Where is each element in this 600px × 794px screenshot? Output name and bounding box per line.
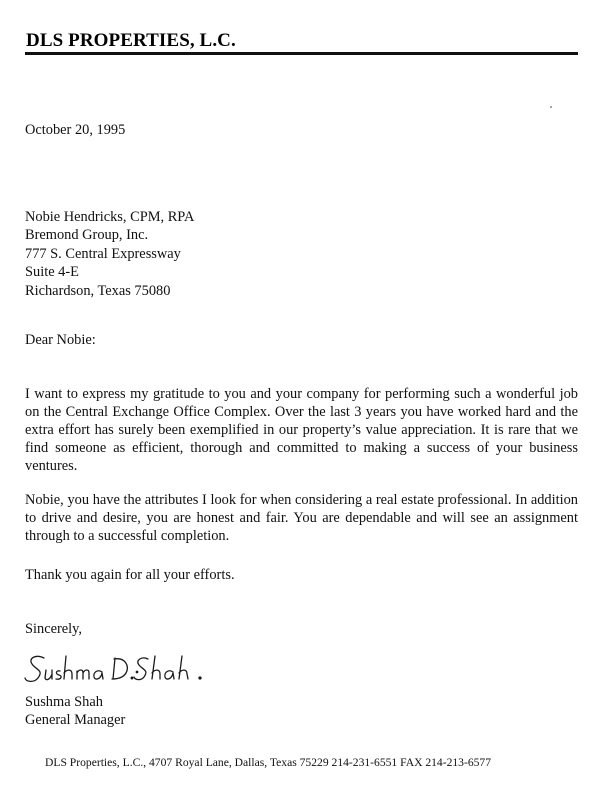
body-paragraph: I want to express my gratitude to you an… — [25, 385, 578, 475]
letterhead-rule — [25, 52, 578, 55]
scan-speck — [550, 106, 552, 108]
signature-scribble-icon — [22, 648, 232, 688]
signer-name: Sushma Shah — [25, 693, 103, 711]
closing: Sincerely, — [25, 620, 82, 638]
letterhead-company-name: DLS PROPERTIES, L.C. — [26, 30, 579, 52]
body-paragraph: Nobie, you have the attributes I look fo… — [25, 491, 578, 545]
recipient-name: Nobie Hendricks, CPM, RPA — [25, 208, 194, 226]
recipient-city-state-zip: Richardson, Texas 75080 — [25, 282, 194, 300]
handwritten-signature — [22, 648, 232, 693]
recipient-street: 777 S. Central Expressway — [25, 245, 194, 263]
recipient-company: Bremond Group, Inc. — [25, 226, 194, 244]
body-paragraph: Thank you again for all your efforts. — [25, 566, 578, 584]
letter-date: October 20, 1995 — [25, 121, 125, 139]
salutation: Dear Nobie: — [25, 331, 96, 349]
recipient-suite: Suite 4-E — [25, 263, 194, 281]
signer-title: General Manager — [25, 711, 125, 729]
footer-contact-info: DLS Properties, L.C., 4707 Royal Lane, D… — [45, 756, 491, 769]
recipient-address: Nobie Hendricks, CPM, RPA Bremond Group,… — [25, 208, 194, 300]
